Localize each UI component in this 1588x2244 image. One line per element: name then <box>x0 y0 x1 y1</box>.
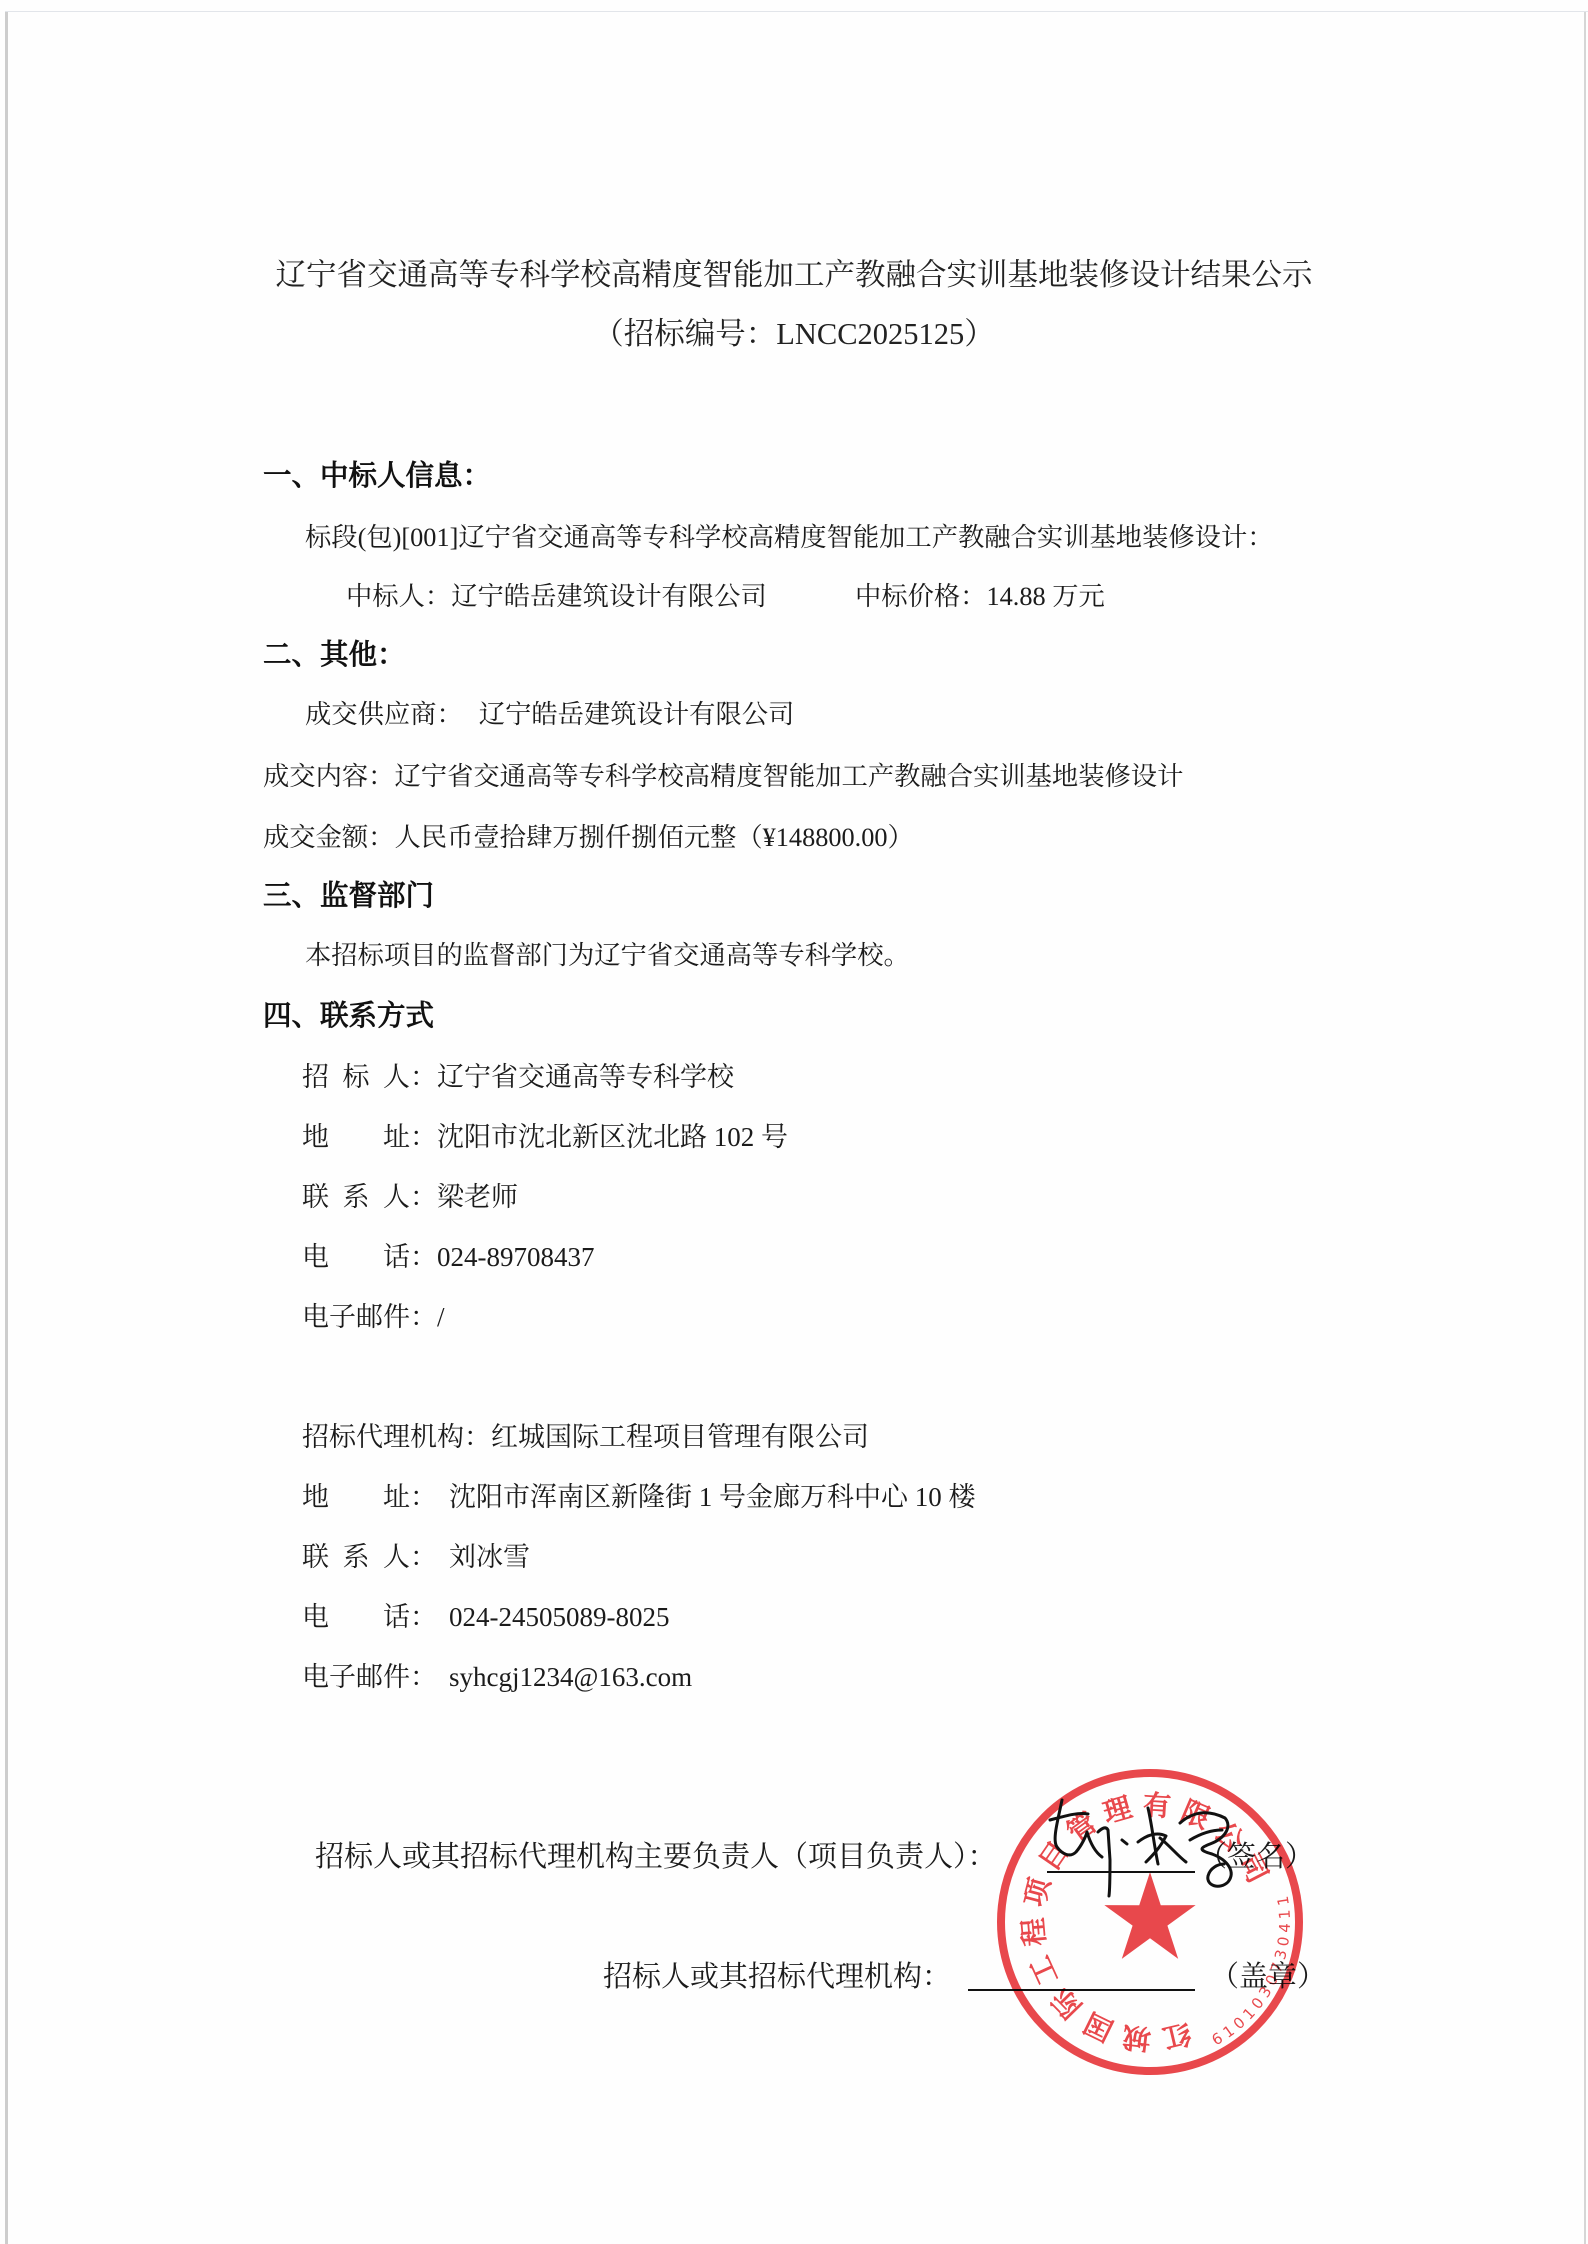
label-part: 电子邮件： <box>302 1301 437 1333</box>
price-label: 中标价格： <box>855 582 986 611</box>
label-part: 电 <box>302 1601 329 1633</box>
agency-address-row: 地址：沈阳市浑南区新隆街 1 号金廊万科中心 10 楼 <box>302 1481 976 1513</box>
agency-value: 红城国际工程项目管理有限公司 <box>491 1422 869 1452</box>
responsible-person-label: 招标人或其招标代理机构主要负责人（项目负责人）： <box>315 1841 997 1873</box>
scan-edge-top <box>5 11 1588 12</box>
label-part: 联 <box>302 1181 329 1213</box>
label-part: 人： <box>383 1181 437 1213</box>
document-title: 辽宁省交通高等专科学校高精度智能加工产教融合实训基地装修设计结果公示 <box>0 259 1588 291</box>
label-part: 联 <box>302 1541 329 1573</box>
email-value: / <box>437 1302 445 1332</box>
label-part: 址： <box>383 1481 437 1513</box>
email-value: syhcgj1234@163.com <box>449 1662 692 1692</box>
agency-phone-row: 电话：024-24505089-8025 <box>302 1601 669 1633</box>
address-value: 沈阳市浑南区新隆街 1 号金廊万科中心 10 楼 <box>449 1482 976 1512</box>
winner-label: 中标人： <box>346 582 451 611</box>
section-heading-other: 二、其他： <box>263 639 406 671</box>
phone-label: 电话： <box>302 1601 437 1633</box>
supplier-label: 成交供应商： <box>305 700 463 729</box>
content-row: 成交内容：辽宁省交通高等专科学校高精度智能加工产教融合实训基地装修设计 <box>263 761 1183 793</box>
label-part: 人： <box>383 1061 437 1093</box>
content-label: 成交内容： <box>263 762 394 791</box>
winning-price-row: 中标价格：14.88 万元 <box>855 581 1105 613</box>
agency-label: 招标代理机构： <box>302 1422 491 1452</box>
label-part: 地 <box>302 1121 329 1153</box>
content-value: 辽宁省交通高等专科学校高精度智能加工产教融合实训基地装修设计 <box>394 762 1183 791</box>
label-part: 话： <box>383 1241 437 1273</box>
amount-label: 成交金额： <box>263 823 394 852</box>
lot-description: 标段(包)[001]辽宁省交通高等专科学校高精度智能加工产教融合实训基地装修设计… <box>305 522 1274 554</box>
tenderer-label: 招标人： <box>302 1061 437 1093</box>
label-part: 电 <box>302 1241 329 1273</box>
handwritten-signature <box>1040 1790 1270 1910</box>
section-heading-winner-info: 一、中标人信息： <box>263 460 491 492</box>
price-value: 14.88 万元 <box>986 582 1104 611</box>
label-part: 人： <box>383 1541 437 1573</box>
tenderer-phone-row: 电话：024-89708437 <box>302 1241 595 1273</box>
tenderer-contact-row: 联系人：梁老师 <box>302 1181 518 1213</box>
document-page: 辽宁省交通高等专科学校高精度智能加工产教融合实训基地装修设计结果公示 （招标编号… <box>0 0 1588 2244</box>
tenderer-row: 招标人：辽宁省交通高等专科学校 <box>302 1061 734 1093</box>
amount-value: 人民币壹拾肆万捌仟捌佰元整（¥148800.00） <box>394 823 913 852</box>
tenderer-email-row: 电子邮件：/ <box>302 1301 445 1333</box>
address-label: 地址： <box>302 1481 437 1513</box>
phone-value: 024-89708437 <box>437 1242 595 1272</box>
contact-value: 梁老师 <box>437 1182 518 1212</box>
agency-row: 招标代理机构：红城国际工程项目管理有限公司 <box>302 1421 869 1453</box>
section-heading-supervision: 三、监督部门 <box>263 880 434 912</box>
section-heading-contact: 四、联系方式 <box>263 1000 434 1032</box>
winner-value: 辽宁皓岳建筑设计有限公司 <box>451 582 767 611</box>
contact-label: 联系人： <box>302 1541 437 1573</box>
label-part: 地 <box>302 1481 329 1513</box>
phone-value: 024-24505089-8025 <box>449 1602 669 1632</box>
supplier-row: 成交供应商：辽宁皓岳建筑设计有限公司 <box>305 699 794 731</box>
agency-contact-row: 联系人：刘冰雪 <box>302 1541 530 1573</box>
label-part: 系 <box>343 1181 370 1213</box>
email-label: 电子邮件： <box>302 1301 437 1333</box>
address-label: 地址： <box>302 1121 437 1153</box>
address-value: 沈阳市沈北新区沈北路 102 号 <box>437 1122 788 1152</box>
label-part: 招 <box>302 1061 329 1093</box>
amount-row: 成交金额：人民币壹拾肆万捌仟捌佰元整（¥148800.00） <box>263 822 914 854</box>
agency-email-row: 电子邮件：syhcgj1234@163.com <box>302 1661 692 1693</box>
supplier-value: 辽宁皓岳建筑设计有限公司 <box>479 700 795 729</box>
tender-number: （招标编号：LNCC2025125） <box>0 318 1588 350</box>
tenderer-value: 辽宁省交通高等专科学校 <box>437 1062 734 1092</box>
contact-label: 联系人： <box>302 1181 437 1213</box>
winner-row: 中标人：辽宁皓岳建筑设计有限公司 <box>346 581 767 613</box>
label-part: 标 <box>343 1061 370 1093</box>
phone-label: 电话： <box>302 1241 437 1273</box>
contact-value: 刘冰雪 <box>449 1542 530 1572</box>
organization-seal-label: 招标人或其招标代理机构： <box>603 1961 951 1993</box>
label-part: 电子邮件： <box>302 1661 437 1693</box>
tenderer-address-row: 地址：沈阳市沈北新区沈北路 102 号 <box>302 1121 788 1153</box>
label-part: 系 <box>343 1541 370 1573</box>
label-part: 址： <box>383 1121 437 1153</box>
email-label: 电子邮件： <box>302 1661 437 1693</box>
label-part: 话： <box>383 1601 437 1633</box>
supervision-text: 本招标项目的监督部门为辽宁省交通高等专科学校。 <box>305 940 910 972</box>
